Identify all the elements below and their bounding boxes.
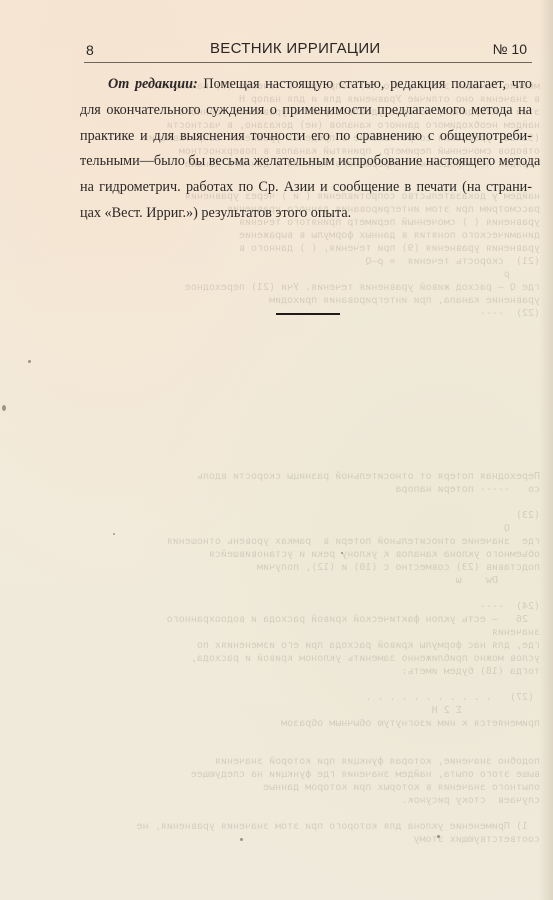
- scan-speck: [240, 838, 243, 841]
- scan-speck: [437, 835, 440, 838]
- scan-speck: [341, 552, 343, 554]
- editor-note-line: практике и для выяснения точности его по…: [80, 124, 532, 150]
- page-number: 8: [86, 42, 94, 58]
- bleed-through-text: (24) ---- 26 — есть уклон фактической кр…: [70, 600, 540, 730]
- editor-note-line: тельными—было бы весьма желательным испр…: [80, 149, 532, 175]
- scan-speck: [2, 405, 6, 411]
- issue-number: № 10: [493, 41, 527, 57]
- header-rule: [84, 62, 532, 63]
- page-edge-shadow: [539, 0, 553, 900]
- bleed-through-text: Переходная потеря от относительной разни…: [70, 470, 540, 587]
- editor-note-line: цах «Вест. Ирриг.») результатов этого оп…: [80, 201, 532, 227]
- editor-note-line: на гидрометрич. работах по Ср. Азии и со…: [80, 175, 532, 201]
- editor-note-line: для окончательного суждения о применимос…: [80, 98, 532, 124]
- editor-note-label: От редакции:: [108, 76, 198, 92]
- running-header: 8 ВЕСТНИК ИРРИГАЦИИ № 10: [86, 40, 531, 62]
- section-separator: [276, 313, 340, 315]
- journal-title: ВЕСТНИК ИРРИГАЦИИ: [210, 40, 380, 57]
- editor-note-text: Помещая настоящую статью, редакция полаг…: [203, 76, 532, 92]
- scan-speck: [113, 533, 115, 535]
- scan-speck: [28, 360, 31, 363]
- editor-note-line: От редакции: Помещая настоящую статью, р…: [80, 72, 532, 98]
- editor-note: От редакции: Помещая настоящую статью, р…: [80, 72, 532, 227]
- bleed-through-text: подобно значение, которая функция при ко…: [70, 755, 540, 846]
